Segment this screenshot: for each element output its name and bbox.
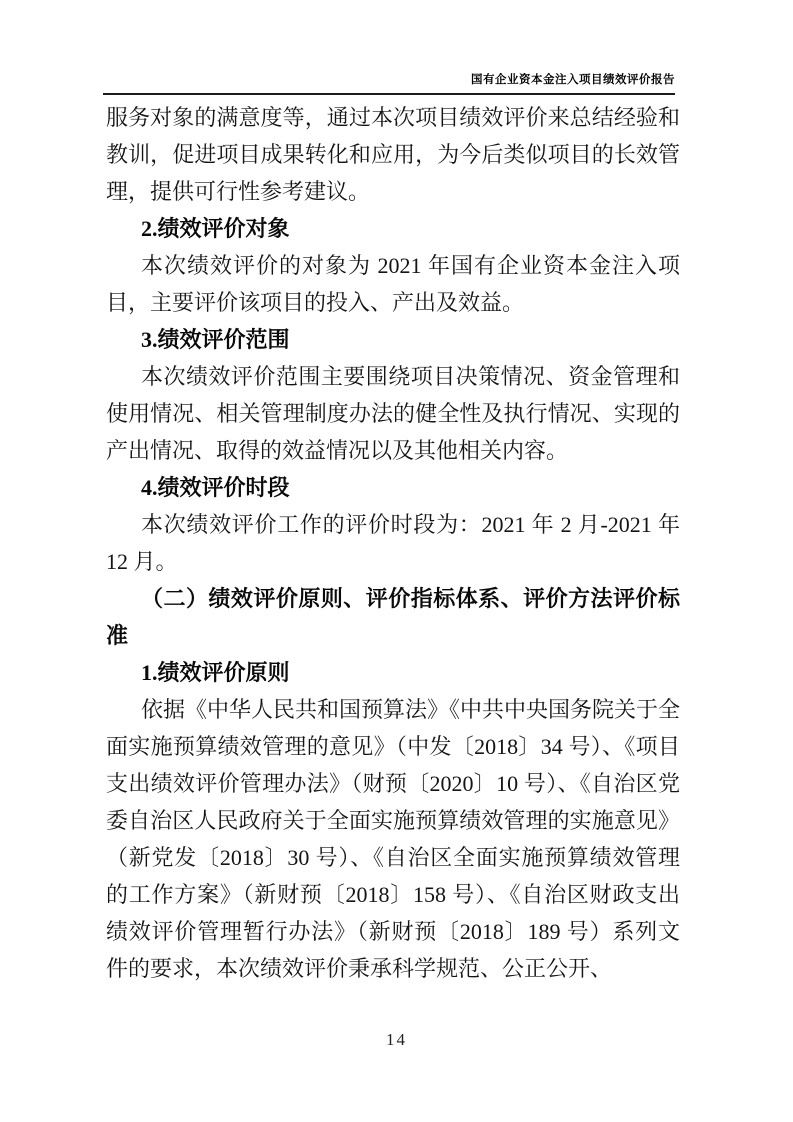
document-page: 国有企业资本金注入项目绩效评价报告 服务对象的满意度等，通过本次项目绩效评价来总… xyxy=(0,0,793,1122)
body-paragraph-continuation: 服务对象的满意度等，通过本次项目绩效评价来总结经验和教训，促进项目成果转化和应用… xyxy=(106,99,680,210)
section-heading-1-evaluation-principles: 1.绩效评价原则 xyxy=(106,654,680,691)
body-paragraph: 依据《中华人民共和国预算法》《中共中央国务院关于全面实施预算绩效管理的意见》（中… xyxy=(106,691,680,987)
header-title: 国有企业资本金注入项目绩效评价报告 xyxy=(471,71,675,87)
document-body: 服务对象的满意度等，通过本次项目绩效评价来总结经验和教训，促进项目成果转化和应用… xyxy=(106,99,680,987)
body-paragraph: 本次绩效评价工作的评价时段为：2021 年 2 月-2021 年 12 月。 xyxy=(106,506,680,580)
body-paragraph: 本次绩效评价的对象为 2021 年国有企业资本金注入项目，主要评价该项目的投入、… xyxy=(106,247,680,321)
section-heading-2-evaluation-object: 2.绩效评价对象 xyxy=(106,210,680,247)
page-number: 14 xyxy=(386,1030,407,1049)
header-rule xyxy=(103,93,675,95)
page-header: 国有企业资本金注入项目绩效评价报告 xyxy=(103,0,675,95)
body-paragraph: 本次绩效评价范围主要围绕项目决策情况、资金管理和使用情况、相关管理制度办法的健全… xyxy=(106,358,680,469)
section-heading-4-evaluation-period: 4.绩效评价时段 xyxy=(106,469,680,506)
section-heading-3-evaluation-scope: 3.绩效评价范围 xyxy=(106,321,680,358)
section-heading-part2-principles: （二）绩效评价原则、评价指标体系、评价方法评价标准 xyxy=(106,580,680,654)
page-footer: 14 xyxy=(0,1030,793,1050)
